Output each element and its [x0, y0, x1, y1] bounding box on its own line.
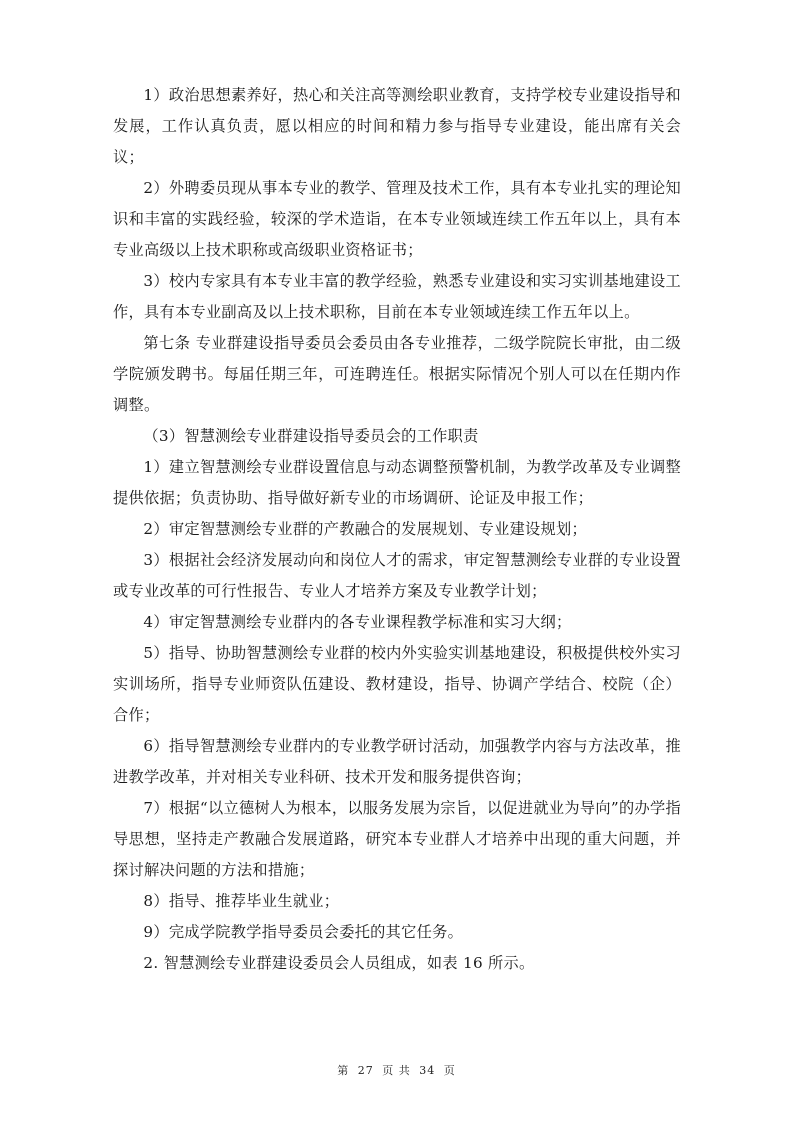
duty-9: 9）完成学院教学指导委员会委托的其它任务。 — [113, 917, 681, 948]
footer-mid: 页 共 — [382, 1064, 411, 1077]
duty-8: 8）指导、推荐毕业生就业； — [113, 886, 681, 917]
footer-prefix: 第 — [337, 1064, 349, 1077]
total-pages-number: 34 — [419, 1064, 435, 1077]
duty-2: 2）审定智慧测绘专业群的产教融合的发展规划、专业建设规划； — [113, 514, 681, 545]
requirement-3: 3）校内专家具有本专业丰富的教学经验，熟悉专业建设和实习实训基地建设工作，具有本… — [113, 266, 681, 328]
article-7: 第七条 专业群建设指导委员会委员由各专业推荐，二级学院院长审批，由二级学院颁发聘… — [113, 328, 681, 421]
duty-4: 4）审定智慧测绘专业群内的各专业课程教学标准和实习大纲； — [113, 607, 681, 638]
current-page-number: 27 — [358, 1064, 374, 1077]
footer-suffix: 页 — [444, 1064, 456, 1077]
duty-3: 3）根据社会经济发展动向和岗位人才的需求，审定智慧测绘专业群的专业设置或专业改革… — [113, 545, 681, 607]
document-body: 1）政治思想素养好，热心和关注高等测绘职业教育，支持学校专业建设指导和发展，工作… — [113, 80, 681, 979]
duty-5: 5）指导、协助智慧测绘专业群的校内外实验实训基地建设，积极提供校外实习实训场所，… — [113, 638, 681, 731]
duty-7: 7）根据“以立德树人为根本，以服务发展为宗旨，以促进就业为导向”的办学指导思想，… — [113, 793, 681, 886]
duty-1: 1）建立智慧测绘专业群设置信息与动态调整预警机制，为教学改革及专业调整提供依据；… — [113, 452, 681, 514]
page-footer: 第 27 页 共 34 页 — [0, 1062, 793, 1078]
section-heading: （3）智慧测绘专业群建设指导委员会的工作职责 — [113, 421, 681, 452]
composition-note: 2. 智慧测绘专业群建设委员会人员组成，如表 16 所示。 — [113, 948, 681, 979]
requirement-1: 1）政治思想素养好，热心和关注高等测绘职业教育，支持学校专业建设指导和发展，工作… — [113, 80, 681, 173]
requirement-2: 2）外聘委员现从事本专业的教学、管理及技术工作，具有本专业扎实的理论知识和丰富的… — [113, 173, 681, 266]
duty-6: 6）指导智慧测绘专业群内的专业教学研讨活动，加强教学内容与方法改革，推进教学改革… — [113, 731, 681, 793]
